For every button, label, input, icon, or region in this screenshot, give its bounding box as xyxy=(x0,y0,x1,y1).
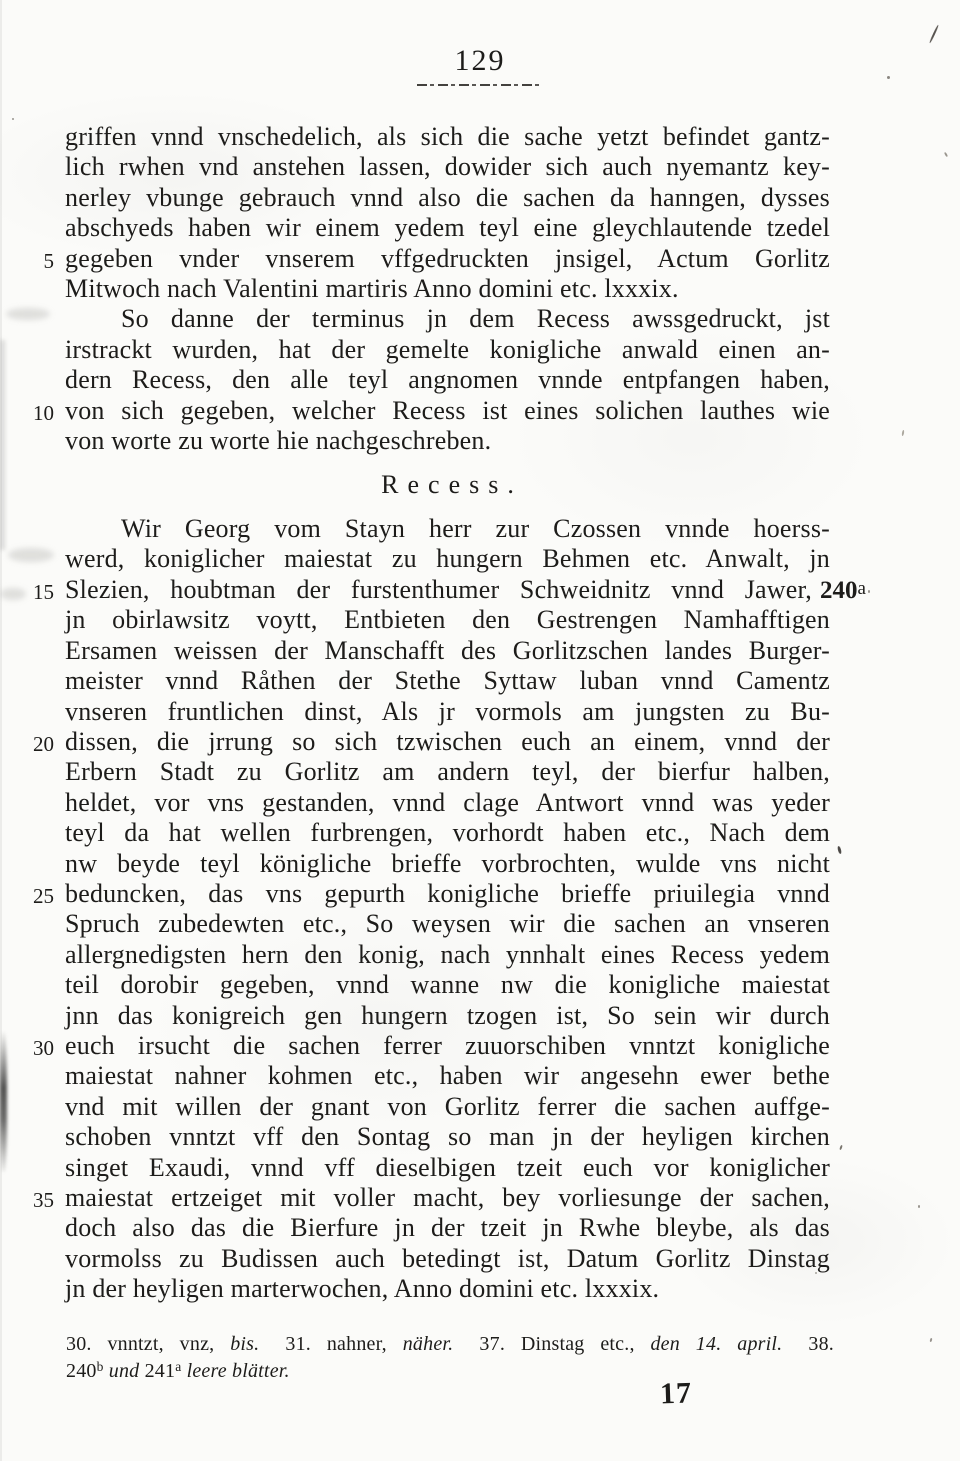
line-number: 25 xyxy=(33,881,54,911)
line-text: von sich gegeben, welcher Recess ist ein… xyxy=(65,396,830,425)
text-line: teil dorobir gegeben, vnnd wanne nw die … xyxy=(65,970,830,1000)
footnote-segment: 38. xyxy=(782,1333,834,1355)
paper-speck xyxy=(839,1145,843,1150)
paper-speck xyxy=(12,118,14,120)
line-text: jnn das konigreich gen hungern tzogen is… xyxy=(65,1001,830,1030)
line-text: Erbern Stadt zu Gorlitz am andern teyl, … xyxy=(65,757,830,786)
text-line: nw beyde teyl königliche brieffe vorbroc… xyxy=(65,849,830,879)
line-text: nerley vbunge gebrauch vnnd also die sac… xyxy=(65,183,830,212)
line-text: von worte zu worte hie nachgeschreben. xyxy=(65,426,491,455)
footnote-segment: den 14. april. xyxy=(650,1333,782,1355)
text-line: teyl da hat wellen furbrengen, vorhordt … xyxy=(65,818,830,848)
text-line: 15Slezien, houbtman der furstenthumer Sc… xyxy=(65,575,830,605)
paper-speck xyxy=(944,152,948,157)
text-line: irstrackt wurden, hat der gemelte konigl… xyxy=(65,335,830,365)
footnote-segment: leere blätter. xyxy=(187,1360,290,1382)
paper-speck xyxy=(929,25,939,44)
footnote-line: 30. vnntzt, vnz, bis. 31. nahner, näher.… xyxy=(66,1331,834,1358)
text-line: 10von sich gegeben, welcher Recess ist e… xyxy=(65,396,830,426)
line-text: heldet, vor vns gestanden, vnnd clage An… xyxy=(65,788,830,817)
paper-smudge xyxy=(6,308,50,320)
page-header: 129 xyxy=(0,44,960,78)
line-text: griffen vnnd vnschedelich, als sich die … xyxy=(65,122,830,151)
line-number: 5 xyxy=(44,246,55,276)
text-line: vormolss zu Budissen auch betedingt ist,… xyxy=(65,1244,830,1274)
line-text: teyl da hat wellen furbrengen, vorhordt … xyxy=(65,818,830,847)
text-line: 35maiestat ertzeiget mit voller macht, b… xyxy=(65,1183,830,1213)
text-line: meister vnnd Råthen der Stethe Syttaw lu… xyxy=(65,666,830,696)
text-line: griffen vnnd vnschedelich, als sich die … xyxy=(65,122,830,152)
paper-speck xyxy=(837,846,842,855)
paper-smudge xyxy=(8,548,54,562)
line-text: abschyeds haben wir einem yedem teyl ein… xyxy=(65,213,830,242)
footnote-segment: 31. nahner, xyxy=(259,1333,402,1355)
text-line: dern Recess, den alle teyl angnomen vnnd… xyxy=(65,365,830,395)
line-text: dissen, die jrrung so sich tzwischen euc… xyxy=(65,727,830,756)
text-line: schoben vnntzt vff den Sontag so man jn … xyxy=(65,1122,830,1152)
footnote-superscript: b xyxy=(97,1359,104,1374)
line-text: doch also das die Bierfure jn der tzeit … xyxy=(65,1213,830,1242)
text-line: jnn das konigreich gen hungern tzogen is… xyxy=(65,1001,830,1031)
text-line: lich rwhen vnd anstehen lassen, dowider … xyxy=(65,152,830,182)
line-text: Slezien, houbtman der furstenthumer Schw… xyxy=(65,575,812,604)
line-text: vnseren fruntlichen dinst, Als jr vormol… xyxy=(65,697,830,726)
text-line: 5gegeben vnder vnserem vffgedruckten jns… xyxy=(65,244,830,274)
text-line: So danne der terminus jn dem Recess awss… xyxy=(65,304,830,334)
line-text: teil dorobir gegeben, vnnd wanne nw die … xyxy=(65,970,830,999)
footnote-segment: bis. xyxy=(230,1333,259,1355)
line-text: schoben vnntzt vff den Sontag so man jn … xyxy=(65,1122,830,1151)
ink-streak xyxy=(0,1032,7,1172)
text-line: Mitwoch nach Valentini martiris Anno dom… xyxy=(65,274,830,304)
footnote-line: 240b und 241a leere blätter. xyxy=(66,1358,834,1386)
footnote-segment: 30. vnntzt, vnz, xyxy=(66,1333,230,1355)
line-text: maiestat nahner kohmen etc., haben wir a… xyxy=(65,1061,830,1090)
line-text: Wir Georg vom Stayn herr zur Czossen vnn… xyxy=(121,514,830,543)
line-text: jn der heyligen marterwochen, Anno domin… xyxy=(65,1274,659,1303)
footnote: 30. vnntzt, vnz, bis. 31. nahner, näher.… xyxy=(66,1331,834,1386)
line-text: vnd mit willen der gnant von Gorlitz fer… xyxy=(65,1092,830,1121)
text-line: vnd mit willen der gnant von Gorlitz fer… xyxy=(65,1092,830,1122)
text-block: griffen vnnd vnschedelich, als sich die … xyxy=(65,122,830,1305)
line-text: Ersamen weissen der Manschafft des Gorli… xyxy=(65,636,830,665)
line-text: gegeben vnder vnserem vffgedruckten jnsi… xyxy=(65,244,830,273)
line-text: beduncken, das vns gepurth konigliche br… xyxy=(65,879,830,908)
paper-smudge xyxy=(0,588,26,600)
paper-speck xyxy=(930,1338,933,1342)
text-line: Wir Georg vom Stayn herr zur Czossen vnn… xyxy=(65,514,830,544)
scan-streak xyxy=(0,340,5,550)
line-text: irstrackt wurden, hat der gemelte konigl… xyxy=(65,335,830,364)
text-line: von worte zu worte hie nachgeschreben. xyxy=(65,426,830,456)
text-line: Ersamen weissen der Manschafft des Gorli… xyxy=(65,636,830,666)
line-number: 15 xyxy=(33,577,54,607)
line-text: vormolss zu Budissen auch betedingt ist,… xyxy=(65,1244,830,1273)
text-line: abschyeds haben wir einem yedem teyl ein… xyxy=(65,213,830,243)
text-line: jn der heyligen marterwochen, Anno domin… xyxy=(65,1274,830,1304)
line-number: 35 xyxy=(33,1185,54,1215)
scanned-book-page: 129 griffen vnnd vnschedelich, als sich … xyxy=(0,0,960,1461)
line-text: nw beyde teyl königliche brieffe vorbroc… xyxy=(65,849,830,878)
footnote-segment: näher. xyxy=(403,1333,454,1355)
text-line: heldet, vor vns gestanden, vnnd clage An… xyxy=(65,788,830,818)
footnote-segment: 241 xyxy=(139,1360,175,1382)
line-text: jn obirlawsitz voytt, Entbieten den Gest… xyxy=(65,605,830,634)
line-text: lich rwhen vnd anstehen lassen, dowider … xyxy=(65,152,830,181)
line-text: singet Exaudi, vnnd vff dieselbigen tzei… xyxy=(65,1153,830,1182)
text-line: Erbern Stadt zu Gorlitz am andern teyl, … xyxy=(65,757,830,787)
text-line: 20dissen, die jrrung so sich tzwischen e… xyxy=(65,727,830,757)
line-text: dern Recess, den alle teyl angnomen vnnd… xyxy=(65,365,830,394)
line-text: Mitwoch nach Valentini martiris Anno dom… xyxy=(65,274,679,303)
text-line: singet Exaudi, vnnd vff dieselbigen tzei… xyxy=(65,1153,830,1183)
line-number: 10 xyxy=(33,398,54,428)
footnote-segment: und xyxy=(109,1360,140,1382)
text-line: nerley vbunge gebrauch vnnd also die sac… xyxy=(65,183,830,213)
footnote-superscript: a xyxy=(175,1359,181,1374)
signature-mark: 17 xyxy=(659,1376,692,1411)
folio-margin-note: 240a xyxy=(820,575,900,608)
text-line: jn obirlawsitz voytt, Entbieten den Gest… xyxy=(65,605,830,635)
line-text: allergnedigsten hern den konig, nach ynn… xyxy=(65,940,830,969)
text-line: allergnedigsten hern den konig, nach ynn… xyxy=(65,940,830,970)
footnote-segment: 240 xyxy=(66,1360,97,1382)
text-line: doch also das die Bierfure jn der tzeit … xyxy=(65,1213,830,1243)
page-number: 129 xyxy=(0,44,960,78)
line-number: 30 xyxy=(33,1033,54,1063)
footnote-segment: 37. Dinstag etc., xyxy=(453,1333,650,1355)
line-text: Spruch zubedewten etc., So weysen wir di… xyxy=(65,909,830,938)
scan-edge-line xyxy=(0,0,2,1461)
text-line: 30euch irsucht die sachen ferrer zuuorsc… xyxy=(65,1031,830,1061)
line-text: euch irsucht die sachen ferrer zuuorschi… xyxy=(65,1031,830,1060)
text-line: 25beduncken, das vns gepurth konigliche … xyxy=(65,879,830,909)
line-text: werd, koniglicher maiestat zu hungern Be… xyxy=(65,544,830,573)
text-line: werd, koniglicher maiestat zu hungern Be… xyxy=(65,544,830,574)
line-number: 20 xyxy=(33,729,54,759)
line-text: So danne der terminus jn dem Recess awss… xyxy=(121,304,830,333)
line-text: maiestat ertzeiget mit voller macht, bey… xyxy=(65,1183,830,1212)
header-rule xyxy=(417,84,541,86)
section-heading: Recess. xyxy=(65,456,830,514)
paper-speck xyxy=(901,430,904,436)
paper-speck xyxy=(918,1205,920,1208)
line-text: meister vnnd Råthen der Stethe Syttaw lu… xyxy=(65,666,830,695)
text-line: vnseren fruntlichen dinst, Als jr vormol… xyxy=(65,697,830,727)
text-line: maiestat nahner kohmen etc., haben wir a… xyxy=(65,1061,830,1091)
text-line: Spruch zubedewten etc., So weysen wir di… xyxy=(65,909,830,939)
